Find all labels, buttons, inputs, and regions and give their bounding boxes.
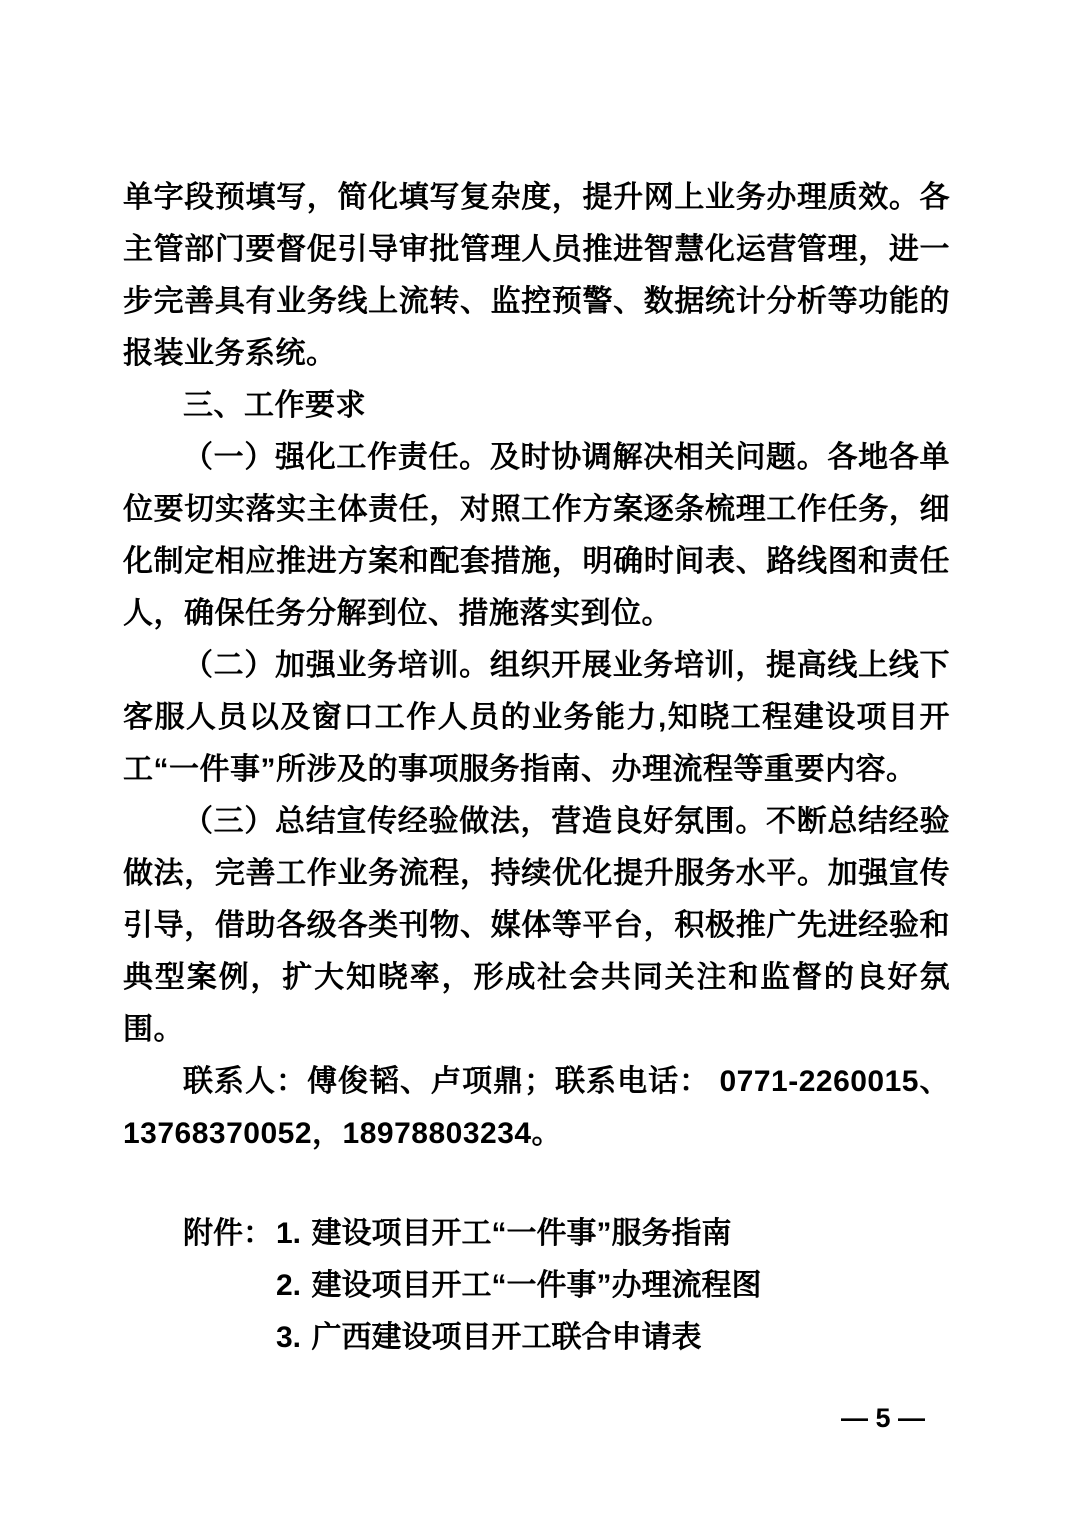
- attachment-number: 1.: [276, 1208, 301, 1260]
- document-page: 单字段预填写，简化填写复杂度，提升网上业务办理质效。各主管部门要督促引导审批管理…: [0, 0, 1074, 1520]
- attachment-title: 广西建设项目开工联合申请表: [312, 1312, 702, 1364]
- body-paragraph-item2: （二）加强业务培训。组织开展业务培训，提高线上线下客服人员以及窗口工作人员的业务…: [123, 640, 950, 796]
- body-paragraph-item3: （三）总结宣传经验做法，营造良好氛围。不断总结经验做法，完善工作业务流程，持续优…: [123, 796, 950, 1056]
- attachment-number: 2.: [276, 1260, 301, 1312]
- document-body: 单字段预填写，简化填写复杂度，提升网上业务办理质效。各主管部门要督促引导审批管理…: [0, 0, 1074, 1438]
- attachment-item: 2. 建设项目开工“一件事”办理流程图: [183, 1260, 950, 1312]
- attachment-title: 建设项目开工“一件事”服务指南: [312, 1208, 732, 1260]
- body-paragraph-item1: （一）强化工作责任。及时协调解决相关问题。各地各单位要切实落实主体责任，对照工作…: [123, 432, 950, 640]
- section-heading: 三、工作要求: [123, 380, 950, 432]
- attachment-item: 附件： 1. 建设项目开工“一件事”服务指南: [183, 1208, 950, 1260]
- attachment-number: 3.: [276, 1312, 301, 1364]
- body-paragraph-continuation: 单字段预填写，简化填写复杂度，提升网上业务办理质效。各主管部门要督促引导审批管理…: [123, 172, 950, 380]
- contact-paragraph: 联系人：傅俊韬、卢项鼎；联系电话： 0771-2260015、137683700…: [123, 1056, 950, 1160]
- page-number: — 5 —: [123, 1398, 950, 1438]
- attachments-block: 附件： 1. 建设项目开工“一件事”服务指南 2. 建设项目开工“一件事”办理流…: [123, 1208, 950, 1364]
- attachment-title: 建设项目开工“一件事”办理流程图: [312, 1260, 762, 1312]
- attachments-label: 附件：: [183, 1208, 276, 1260]
- attachment-item: 3. 广西建设项目开工联合申请表: [183, 1312, 950, 1364]
